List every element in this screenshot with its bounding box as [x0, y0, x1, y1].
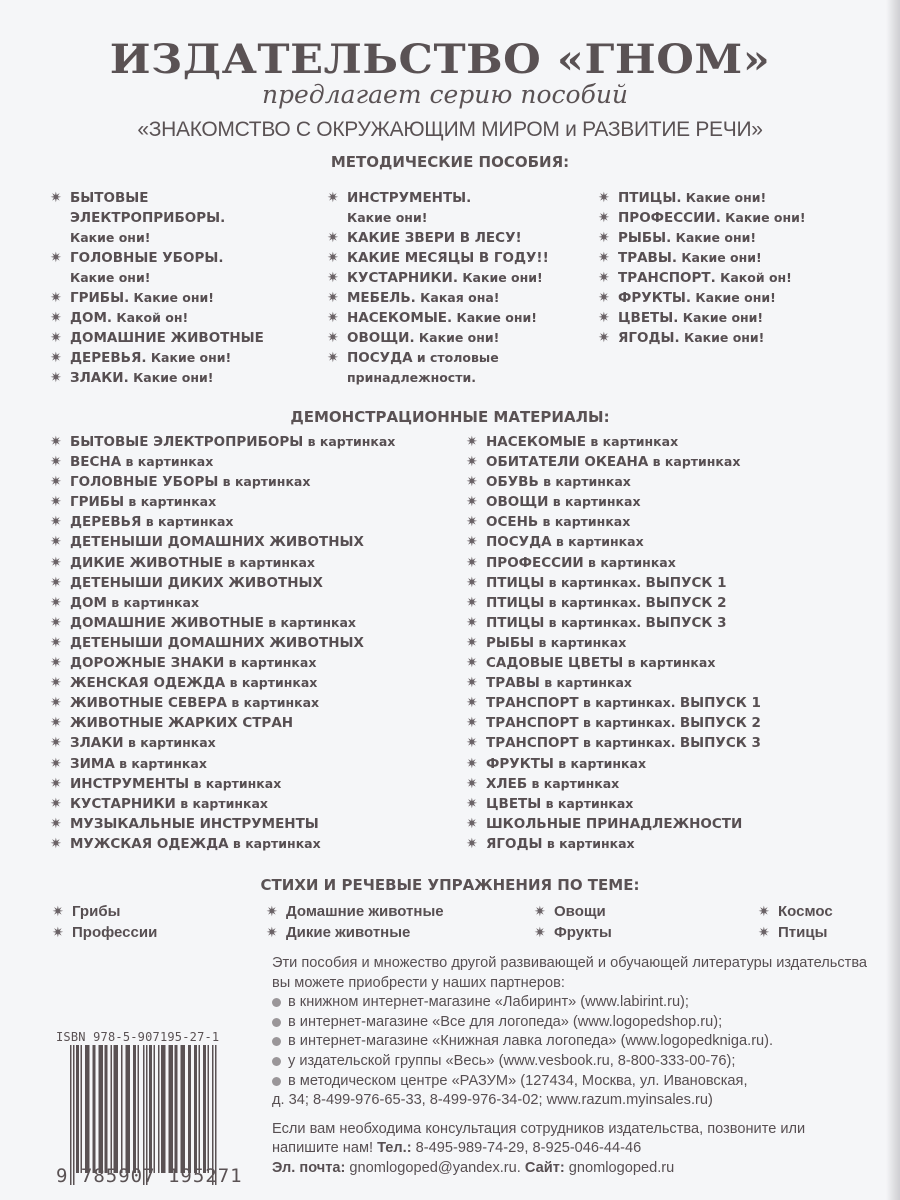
asterisk-star-icon: ✷	[466, 713, 478, 733]
item-subtitle: Какие они!	[677, 250, 762, 265]
item-subtitle: в картинках	[527, 776, 619, 791]
item-title: ПРОФЕССИИ.	[618, 210, 721, 226]
item-issue: ВЫПУСК 3	[680, 735, 761, 751]
item-title: ПТИЦЫ	[486, 615, 544, 631]
list-item: ✷ТРАНСПОРТ в картинках. ВЫПУСК 2	[466, 713, 761, 733]
list-item: ✷Дикие животные	[266, 922, 444, 943]
methodical-heading: МЕТОДИЧЕСКИЕ ПОСОБИЯ:	[0, 153, 900, 171]
list-item: ✷Домашние животные	[266, 901, 444, 922]
item-issue: ВЫПУСК 2	[646, 595, 727, 611]
asterisk-star-icon: ✷	[50, 288, 62, 308]
item-subtitle: в картинках	[541, 796, 633, 811]
asterisk-star-icon: ✷	[50, 573, 62, 593]
phone-value: 8-495-989-74-29, 8-925-046-44-46	[412, 1140, 642, 1156]
item-label: Профессии	[72, 924, 157, 941]
list-item: ✷ДОМ. Какой он!	[50, 308, 264, 328]
item-issue: ВЫПУСК 3	[646, 615, 727, 631]
item-subtitle: в картинках	[124, 735, 216, 750]
partner-item: у издательской группы «Весь» (www.vesboo…	[272, 1052, 872, 1072]
list-item: ✷ПТИЦЫ в картинках. ВЫПУСК 1	[466, 573, 761, 593]
item-subtitle: в картинках	[141, 514, 233, 529]
list-item: ✷Грибы	[52, 901, 157, 922]
list-item: ✷ФРУКТЫ в картинках	[466, 754, 761, 774]
item-title: ОБИТАТЕЛИ ОКЕАНА	[486, 454, 648, 470]
asterisk-star-icon: ✷	[50, 834, 62, 854]
item-subtitle: в картинках	[623, 655, 715, 670]
asterisk-star-icon: ✷	[598, 268, 610, 288]
asterisk-star-icon: ✷	[466, 432, 478, 452]
poems-list-col1: ✷Грибы✷Профессии	[52, 901, 157, 943]
list-item: ✷НАСЕКОМЫЕ в картинках	[466, 432, 761, 452]
item-title: ПОСУДА	[347, 350, 413, 366]
item-title: КАКИЕ ЗВЕРИ В ЛЕСУ!	[347, 230, 522, 246]
asterisk-star-icon: ✷	[52, 901, 64, 922]
item-title: ТРАНСПОРТ	[486, 715, 579, 731]
list-item: ✷ЖЕНСКАЯ ОДЕЖДА в картинках	[50, 673, 395, 693]
partner-item-continuation: д. 34; 8-499-976-65-33, 8-499-976-34-02;…	[272, 1091, 872, 1111]
list-item: ✷ПТИЦЫ. Какие они!	[598, 188, 806, 208]
asterisk-star-icon: ✷	[52, 922, 64, 943]
item-title: ОБУВЬ	[486, 474, 539, 490]
item-title: ЦВЕТЫ.	[618, 310, 678, 326]
consult-text: Если вам необходима консультация сотрудн…	[272, 1120, 872, 1179]
item-title: ДИКИЕ ЖИВОТНЫЕ	[70, 555, 223, 571]
item-label: Космос	[778, 903, 833, 920]
list-item: ✷ДЕРЕВЬЯ. Какие они!	[50, 348, 264, 368]
list-item: ✷НАСЕКОМЫЕ. Какие они!	[327, 308, 549, 328]
asterisk-star-icon: ✷	[598, 228, 610, 248]
item-title: КАКИЕ МЕСЯЦЫ В ГОДУ!!	[347, 250, 549, 266]
item-title: МУЗЫКАЛЬНЫЕ ИНСТРУМЕНТЫ	[70, 816, 319, 832]
item-subtitle: Какие они!	[721, 210, 806, 225]
asterisk-star-icon: ✷	[466, 633, 478, 653]
item-subtitle: Какие они!	[452, 310, 537, 325]
item-title: ТРАНСПОРТ	[486, 695, 579, 711]
list-item: ✷МЕБЕЛЬ. Какая она!	[327, 288, 549, 308]
item-title: ГОЛОВНЫЕ УБОРЫ.	[70, 250, 223, 266]
asterisk-star-icon: ✷	[598, 188, 610, 208]
asterisk-star-icon: ✷	[466, 532, 478, 552]
list-item: ✷ЖИВОТНЫЕ СЕВЕРА в картинках	[50, 693, 395, 713]
list-item: ✷КУСТАРНИКИ. Какие они!	[327, 268, 549, 288]
list-item: ✷ФРУКТЫ. Какие они!	[598, 288, 806, 308]
list-item: ✷ТРАВЫ в картинках	[466, 673, 761, 693]
item-title: ЖЕНСКАЯ ОДЕЖДА	[70, 675, 225, 691]
item-title: ХЛЕБ	[486, 776, 527, 792]
list-item: ✷ШКОЛЬНЫЕ ПРИНАДЛЕЖНОСТИ	[466, 814, 761, 834]
list-item: ✷ЗИМА в картинках	[50, 754, 395, 774]
demo-list-col1: ✷БЫТОВЫЕ ЭЛЕКТРОПРИБОРЫ в картинках✷ВЕСН…	[50, 432, 395, 854]
asterisk-star-icon: ✷	[327, 188, 339, 208]
asterisk-star-icon: ✷	[466, 794, 478, 814]
item-title: РЫБЫ	[486, 635, 534, 651]
item-title: ДЕТЕНЫШИ ДИКИХ ЖИВОТНЫХ	[70, 575, 323, 591]
asterisk-star-icon: ✷	[266, 922, 278, 943]
list-item: ✷ПТИЦЫ в картинках. ВЫПУСК 3	[466, 613, 761, 633]
item-subtitle: Какие они!	[415, 330, 500, 345]
poems-list-col2: ✷Домашние животные✷Дикие животные	[266, 901, 444, 943]
list-item: ✷ЦВЕТЫ. Какие они!	[598, 308, 806, 328]
item-title: ПОСУДА	[486, 534, 552, 550]
item-title: ГРИБЫ.	[70, 290, 129, 306]
asterisk-star-icon: ✷	[50, 754, 62, 774]
list-item: ✷ИНСТРУМЕНТЫ в картинках	[50, 774, 395, 794]
list-item: ✷ВЕСНА в картинках	[50, 452, 395, 472]
item-label: Грибы	[72, 903, 120, 920]
item-subtitle: Какие они!	[129, 370, 214, 385]
item-title: ДОМ.	[70, 310, 112, 326]
item-title: КУСТАРНИКИ.	[347, 270, 458, 286]
email-label: Эл. почта:	[272, 1160, 345, 1176]
asterisk-star-icon: ✷	[598, 248, 610, 268]
list-item: ✷ЯГОДЫ в картинках	[466, 834, 761, 854]
asterisk-star-icon: ✷	[266, 901, 278, 922]
list-item: ✷ДОМАШНИЕ ЖИВОТНЫЕ	[50, 328, 264, 348]
asterisk-star-icon: ✷	[50, 432, 62, 452]
site-label: Сайт:	[525, 1160, 565, 1176]
list-item: ✷ПРОФЕССИИ. Какие они!	[598, 208, 806, 228]
asterisk-star-icon: ✷	[466, 613, 478, 633]
item-title: ОВОЩИ	[486, 494, 548, 510]
asterisk-star-icon: ✷	[598, 288, 610, 308]
isbn-barcode-block: ISBN 978-5-907195-27-1 9 785907 195271	[56, 1030, 226, 1185]
item-title: ЖИВОТНЫЕ СЕВЕРА	[70, 695, 227, 711]
list-item: ✷ДОМ в картинках	[50, 593, 395, 613]
item-subtitle: Какие они!	[681, 190, 766, 205]
asterisk-star-icon: ✷	[50, 613, 62, 633]
poems-list-col3: ✷Овощи✷Фрукты	[534, 901, 612, 943]
item-title: ГРИБЫ	[70, 494, 124, 510]
item-subtitle: в картинках	[218, 474, 310, 489]
item-subtitle: в картинках	[552, 534, 644, 549]
item-title: ДЕТЕНЫШИ ДОМАШНИХ ЖИВОТНЫХ	[70, 534, 364, 550]
item-subtitle: Какие они!	[691, 290, 776, 305]
asterisk-star-icon: ✷	[50, 248, 62, 268]
list-item: ✷БЫТОВЫЕЭЛЕКТРОПРИБОРЫ.Какие они!	[50, 188, 264, 248]
item-subtitle: Какие они!	[671, 230, 756, 245]
item-issue: ВЫПУСК 1	[646, 575, 727, 591]
item-continuation: ЭЛЕКТРОПРИБОРЫ.	[70, 208, 264, 228]
list-item: ✷ПОСУДА и столовыепринадлежности.	[327, 348, 549, 388]
item-title: САДОВЫЕ ЦВЕТЫ	[486, 655, 623, 671]
list-item: ✷ОВОЩИ. Какие они!	[327, 328, 549, 348]
item-title: БЫТОВЫЕ ЭЛЕКТРОПРИБОРЫ	[70, 434, 303, 450]
asterisk-star-icon: ✷	[466, 553, 478, 573]
list-item: ✷КАКИЕ ЗВЕРИ В ЛЕСУ!	[327, 228, 549, 248]
asterisk-star-icon: ✷	[50, 814, 62, 834]
item-subtitle: в картинках	[124, 494, 216, 509]
phone-label: Тел.:	[377, 1140, 412, 1156]
item-subtitle: в картинках	[264, 615, 356, 630]
purchase-intro: Эти пособия и множество другой развивающ…	[272, 954, 872, 993]
asterisk-star-icon: ✷	[598, 308, 610, 328]
item-title: ИНСТРУМЕНТЫ.	[347, 190, 471, 206]
poems-heading: СТИХИ И РЕЧЕВЫЕ УПРАЖНЕНИЯ ПО ТЕМЕ:	[0, 876, 900, 894]
item-continuation: Какие они!	[70, 228, 264, 248]
item-title: ТРАВЫ.	[618, 250, 677, 266]
item-title: ДЕТЕНЫШИ ДОМАШНИХ ЖИВОТНЫХ	[70, 635, 364, 651]
item-title: ТРАНСПОРТ	[486, 735, 579, 751]
asterisk-star-icon: ✷	[466, 673, 478, 693]
item-subtitle: и столовые	[413, 350, 499, 365]
list-item: ✷ДЕТЕНЫШИ ДОМАШНИХ ЖИВОТНЫХ	[50, 633, 395, 653]
item-continuation: Какие они!	[70, 268, 264, 288]
item-subtitle: в картинках.	[544, 615, 645, 630]
item-subtitle: в картинках	[223, 555, 315, 570]
item-subtitle: Какие они!	[458, 270, 543, 285]
asterisk-star-icon: ✷	[534, 901, 546, 922]
item-title: НАСЕКОМЫЕ	[486, 434, 586, 450]
item-title: МЕБЕЛЬ.	[347, 290, 416, 306]
item-title: КУСТАРНИКИ	[70, 796, 176, 812]
item-label: Фрукты	[554, 924, 612, 941]
asterisk-star-icon: ✷	[466, 774, 478, 794]
item-subtitle: в картинках	[534, 635, 626, 650]
list-item: ✷ДЕТЕНЫШИ ДИКИХ ЖИВОТНЫХ	[50, 573, 395, 593]
asterisk-star-icon: ✷	[327, 228, 339, 248]
item-issue: ВЫПУСК 1	[680, 695, 761, 711]
asterisk-star-icon: ✷	[50, 673, 62, 693]
partner-item: в методическом центре «РАЗУМ» (127434, М…	[272, 1072, 872, 1092]
asterisk-star-icon: ✷	[327, 348, 339, 368]
list-item: ✷ОВОЩИ в картинках	[466, 492, 761, 512]
methodical-list-col3: ✷ПТИЦЫ. Какие они!✷ПРОФЕССИИ. Какие они!…	[598, 188, 806, 348]
item-subtitle: в картинках	[115, 756, 207, 771]
asterisk-star-icon: ✷	[466, 573, 478, 593]
list-item: ✷ДИКИЕ ЖИВОТНЫЕ в картинках	[50, 553, 395, 573]
list-item: ✷МУЖСКАЯ ОДЕЖДА в картинках	[50, 834, 395, 854]
item-title: ДЕРЕВЬЯ	[70, 514, 141, 530]
email-value: gnomlogoped@yandex.ru.	[345, 1160, 525, 1176]
item-title: ПТИЦЫ.	[618, 190, 681, 206]
barcode-icon	[56, 1045, 226, 1185]
item-title: ЦВЕТЫ	[486, 796, 541, 812]
item-subtitle: в картинках	[227, 695, 319, 710]
asterisk-star-icon: ✷	[327, 288, 339, 308]
list-item: ✷ТРАНСПОРТ в картинках. ВЫПУСК 3	[466, 733, 761, 753]
list-item: ✷БЫТОВЫЕ ЭЛЕКТРОПРИБОРЫ в картинках	[50, 432, 395, 452]
partner-item: в интернет-магазине «Все для логопеда» (…	[272, 1013, 872, 1033]
item-label: Домашние животные	[286, 903, 444, 920]
partner-item: в интернет-магазине «Книжная лавка логоп…	[272, 1032, 872, 1052]
item-title: ГОЛОВНЫЕ УБОРЫ	[70, 474, 218, 490]
item-title: ДЕРЕВЬЯ.	[70, 350, 146, 366]
asterisk-star-icon: ✷	[466, 492, 478, 512]
asterisk-star-icon: ✷	[327, 328, 339, 348]
item-continuation: Какие они!	[347, 208, 549, 228]
list-item: ✷ПРОФЕССИИ в картинках	[466, 553, 761, 573]
item-subtitle: в картинках	[224, 655, 316, 670]
asterisk-star-icon: ✷	[466, 472, 478, 492]
ean-digits: 9 785907 195271	[56, 1165, 243, 1187]
asterisk-star-icon: ✷	[50, 713, 62, 733]
asterisk-star-icon: ✷	[50, 348, 62, 368]
item-title: ТРАНСПОРТ.	[618, 270, 716, 286]
item-subtitle: в картинках	[539, 474, 631, 489]
asterisk-star-icon: ✷	[50, 188, 62, 208]
item-subtitle: в картинках	[303, 434, 395, 449]
item-title: ФРУКТЫ	[486, 756, 554, 772]
item-title: ДОМАШНИЕ ЖИВОТНЫЕ	[70, 330, 264, 346]
purchase-info: Эти пособия и множество другой развивающ…	[272, 954, 872, 1179]
asterisk-star-icon: ✷	[50, 492, 62, 512]
asterisk-star-icon: ✷	[466, 733, 478, 753]
asterisk-star-icon: ✷	[466, 512, 478, 532]
item-subtitle: в картинках	[229, 836, 321, 851]
item-subtitle: Какие они!	[678, 310, 763, 325]
item-title: ШКОЛЬНЫЕ ПРИНАДЛЕЖНОСТИ	[486, 816, 742, 832]
asterisk-star-icon: ✷	[466, 593, 478, 613]
asterisk-star-icon: ✷	[50, 553, 62, 573]
list-item: ✷ПТИЦЫ в картинках. ВЫПУСК 2	[466, 593, 761, 613]
item-title: ЯГОДЫ	[486, 836, 543, 852]
item-title: ИНСТРУМЕНТЫ	[70, 776, 189, 792]
item-title: МУЖСКАЯ ОДЕЖДА	[70, 836, 229, 852]
asterisk-star-icon: ✷	[50, 693, 62, 713]
item-title: ОСЕНЬ	[486, 514, 538, 530]
list-item: ✷ХЛЕБ в картинках	[466, 774, 761, 794]
asterisk-star-icon: ✷	[50, 593, 62, 613]
list-item: ✷ОСЕНЬ в картинках	[466, 512, 761, 532]
item-title: ПТИЦЫ	[486, 595, 544, 611]
methodical-list-col1: ✷БЫТОВЫЕЭЛЕКТРОПРИБОРЫ.Какие они!✷ГОЛОВН…	[50, 188, 264, 388]
item-label: Птицы	[778, 924, 827, 941]
demo-list-col2: ✷НАСЕКОМЫЕ в картинках✷ОБИТАТЕЛИ ОКЕАНА …	[466, 432, 761, 854]
asterisk-star-icon: ✷	[327, 268, 339, 288]
asterisk-star-icon: ✷	[466, 693, 478, 713]
list-item: ✷ДОМАШНИЕ ЖИВОТНЫЕ в картинках	[50, 613, 395, 633]
item-subtitle: Какая она!	[416, 290, 500, 305]
list-item: ✷ЗЛАКИ. Какие они!	[50, 368, 264, 388]
isbn-label: ISBN 978-5-907195-27-1	[56, 1030, 226, 1044]
series-name: «ЗНАКОМСТВО С ОКРУЖАЮЩИМ МИРОМ и РАЗВИТИ…	[0, 118, 900, 142]
item-subtitle: в картинках	[225, 675, 317, 690]
asterisk-star-icon: ✷	[327, 248, 339, 268]
item-title: ДОМАШНИЕ ЖИВОТНЫЕ	[70, 615, 264, 631]
publisher-title: ИЗДАТЕЛЬСТВО «ГНОМ»	[0, 36, 900, 83]
asterisk-star-icon: ✷	[534, 922, 546, 943]
list-item: ✷Овощи	[534, 901, 612, 922]
list-item: ✷ИНСТРУМЕНТЫ.Какие они!	[327, 188, 549, 228]
item-title: ТРАВЫ	[486, 675, 540, 691]
item-title: ЖИВОТНЫЕ ЖАРКИХ СТРАН	[70, 715, 293, 731]
list-item: ✷РЫБЫ в картинках	[466, 633, 761, 653]
list-item: ✷МУЗЫКАЛЬНЫЕ ИНСТРУМЕНТЫ	[50, 814, 395, 834]
asterisk-star-icon: ✷	[327, 308, 339, 328]
item-subtitle: в картинках.	[544, 595, 645, 610]
list-item: ✷РЫБЫ. Какие они!	[598, 228, 806, 248]
item-title: ОВОЩИ.	[347, 330, 415, 346]
list-item: ✷Птицы	[758, 922, 833, 943]
item-label: Дикие животные	[286, 924, 410, 941]
series-intro: предлагает серию пособий	[0, 80, 890, 109]
item-subtitle: в картинках.	[579, 735, 680, 750]
list-item: ✷КАКИЕ МЕСЯЦЫ В ГОДУ!!	[327, 248, 549, 268]
item-subtitle: Какие они!	[146, 350, 231, 365]
list-item: ✷Космос	[758, 901, 833, 922]
page-edge-shadow	[886, 0, 900, 1200]
asterisk-star-icon: ✷	[466, 452, 478, 472]
list-item: ✷ЦВЕТЫ в картинках	[466, 794, 761, 814]
asterisk-star-icon: ✷	[50, 532, 62, 552]
item-title: ЯГОДЫ.	[618, 330, 680, 346]
methodical-list-col2: ✷ИНСТРУМЕНТЫ.Какие они!✷КАКИЕ ЗВЕРИ В ЛЕ…	[327, 188, 549, 388]
item-subtitle: Какой он!	[112, 310, 188, 325]
item-title: РЫБЫ.	[618, 230, 671, 246]
item-subtitle: в картинках.	[579, 715, 680, 730]
list-item: ✷ТРАНСПОРТ в картинках. ВЫПУСК 1	[466, 693, 761, 713]
asterisk-star-icon: ✷	[466, 834, 478, 854]
asterisk-star-icon: ✷	[50, 794, 62, 814]
item-title: ФРУКТЫ.	[618, 290, 691, 306]
item-subtitle: в картинках	[121, 454, 213, 469]
asterisk-star-icon: ✷	[466, 754, 478, 774]
asterisk-star-icon: ✷	[50, 452, 62, 472]
asterisk-star-icon: ✷	[50, 328, 62, 348]
list-item: ✷Профессии	[52, 922, 157, 943]
demo-heading: ДЕМОНСТРАЦИОННЫЕ МАТЕРИАЛЫ:	[0, 408, 900, 426]
asterisk-star-icon: ✷	[466, 814, 478, 834]
asterisk-star-icon: ✷	[758, 901, 770, 922]
list-item: ✷ЗЛАКИ в картинках	[50, 733, 395, 753]
item-title: ЗЛАКИ	[70, 735, 124, 751]
asterisk-star-icon: ✷	[50, 653, 62, 673]
item-subtitle: в картинках	[189, 776, 281, 791]
site-value: gnomlogoped.ru	[565, 1160, 675, 1176]
list-item: ✷ДЕРЕВЬЯ в картинках	[50, 512, 395, 532]
item-title: НАСЕКОМЫЕ.	[347, 310, 452, 326]
item-subtitle: в картинках	[538, 514, 630, 529]
item-subtitle: в картинках	[543, 836, 635, 851]
list-item: ✷ТРАВЫ. Какие они!	[598, 248, 806, 268]
asterisk-star-icon: ✷	[50, 472, 62, 492]
asterisk-star-icon: ✷	[466, 653, 478, 673]
item-label: Овощи	[554, 903, 606, 920]
list-item: ✷ОБИТАТЕЛИ ОКЕАНА в картинках	[466, 452, 761, 472]
item-subtitle: Какие они!	[680, 330, 765, 345]
asterisk-star-icon: ✷	[50, 308, 62, 328]
list-item: ✷ТРАНСПОРТ. Какой он!	[598, 268, 806, 288]
asterisk-star-icon: ✷	[598, 328, 610, 348]
item-subtitle: Какие они!	[129, 290, 214, 305]
partner-list: в книжном интернет-магазине «Лабиринт» (…	[272, 993, 872, 1091]
asterisk-star-icon: ✷	[50, 633, 62, 653]
item-title: ДОМ	[70, 595, 107, 611]
asterisk-star-icon: ✷	[50, 368, 62, 388]
list-item: ✷ГРИБЫ. Какие они!	[50, 288, 264, 308]
item-subtitle: в картинках	[586, 434, 678, 449]
item-subtitle: в картинках	[548, 494, 640, 509]
item-subtitle: в картинках.	[544, 575, 645, 590]
item-subtitle: в картинках	[107, 595, 199, 610]
item-subtitle: в картинках	[176, 796, 268, 811]
list-item: ✷ДОРОЖНЫЕ ЗНАКИ в картинках	[50, 653, 395, 673]
item-continuation: принадлежности.	[347, 368, 549, 388]
asterisk-star-icon: ✷	[50, 774, 62, 794]
poems-list-col4: ✷Космос✷Птицы	[758, 901, 833, 943]
list-item: ✷САДОВЫЕ ЦВЕТЫ в картинках	[466, 653, 761, 673]
asterisk-star-icon: ✷	[598, 208, 610, 228]
list-item: ✷ГОЛОВНЫЕ УБОРЫ в картинках	[50, 472, 395, 492]
item-subtitle: Какой он!	[716, 270, 792, 285]
partner-item: в книжном интернет-магазине «Лабиринт» (…	[272, 993, 872, 1013]
item-title: ПТИЦЫ	[486, 575, 544, 591]
item-subtitle: в картинках	[554, 756, 646, 771]
item-issue: ВЫПУСК 2	[680, 715, 761, 731]
list-item: ✷Фрукты	[534, 922, 612, 943]
item-title: БЫТОВЫЕ	[70, 190, 148, 206]
list-item: ✷ДЕТЕНЫШИ ДОМАШНИХ ЖИВОТНЫХ	[50, 532, 395, 552]
